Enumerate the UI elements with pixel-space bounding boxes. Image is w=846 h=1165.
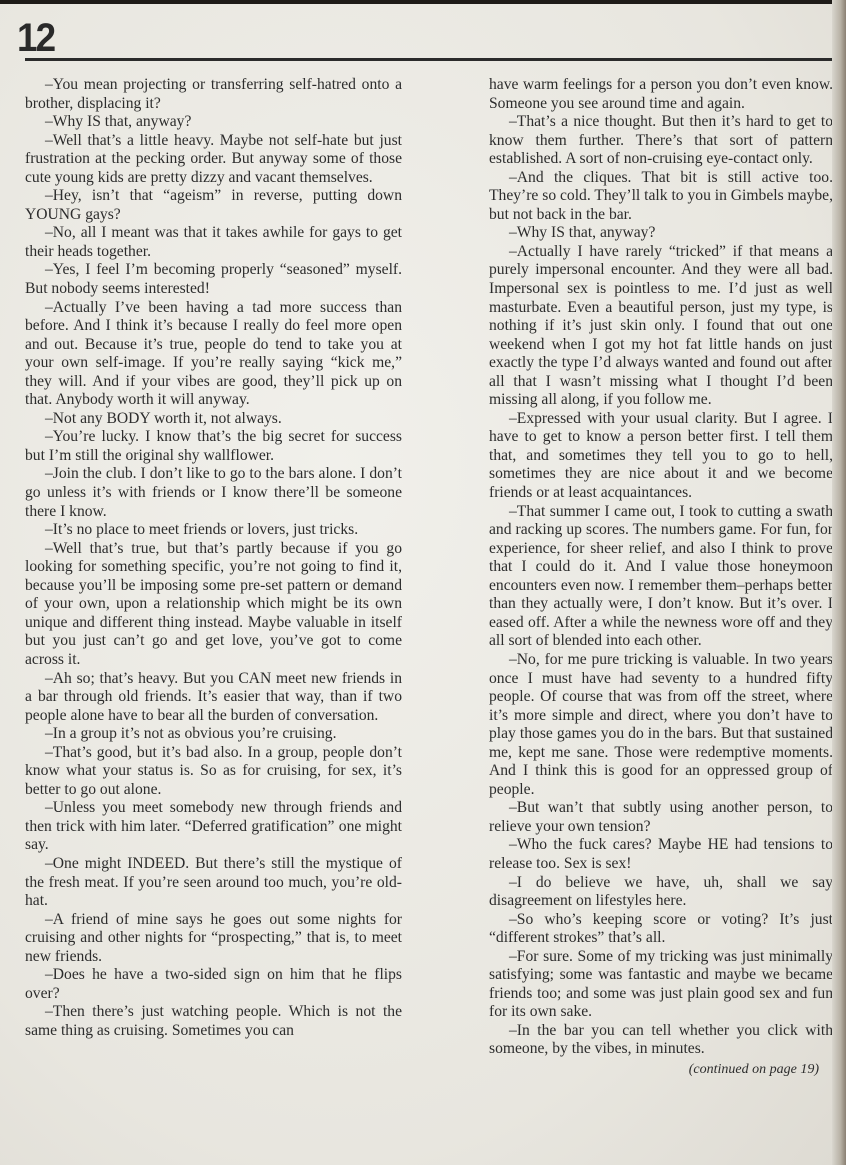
paragraph: –Then there’s just watching people. Whic…	[25, 1003, 402, 1040]
paragraph: –No, all I meant was that it takes awhil…	[25, 224, 402, 261]
paragraph: –Join the club. I don’t like to go to th…	[25, 465, 402, 521]
continued-paragraph: have warm feelings for a person you don’…	[489, 76, 833, 113]
paragraph: –Why IS that, anyway?	[489, 224, 833, 243]
paragraph: –So who’s keeping score or voting? It’s …	[489, 911, 833, 948]
paragraph: –Ah so; that’s heavy. But you CAN meet n…	[25, 670, 402, 726]
paragraph: –Yes, I feel I’m becoming properly “seas…	[25, 261, 402, 298]
page-header: 12	[17, 18, 832, 63]
paragraph: –For sure. Some of my tricking was just …	[489, 948, 833, 1022]
paragraph: –Actually I’ve been having a tad more su…	[25, 299, 402, 410]
magazine-page: 12 –You mean projecting or transferring …	[0, 4, 832, 1165]
paragraph: –Unless you meet somebody new through fr…	[25, 799, 402, 855]
paragraph: –I do believe we have, uh, shall we say …	[489, 874, 833, 911]
left-column: –You mean projecting or transferring sel…	[25, 76, 402, 1040]
paragraph: –That’s a nice thought. But then it’s ha…	[489, 113, 833, 169]
paragraph: –Not any BODY worth it, not always.	[25, 410, 402, 429]
right-column: have warm feelings for a person you don’…	[489, 76, 833, 1080]
page-number: 12	[17, 18, 54, 58]
paragraph: –A friend of mine says he goes out some …	[25, 911, 402, 967]
paragraph: –That’s good, but it’s bad also. In a gr…	[25, 744, 402, 800]
continued-on-note: (continued on page 19)	[489, 1061, 833, 1080]
paragraph: –In the bar you can tell whether you cli…	[489, 1022, 833, 1059]
paragraph: –You’re lucky. I know that’s the big sec…	[25, 428, 402, 465]
paragraph: –No, for me pure tricking is valuable. I…	[489, 651, 833, 799]
paragraph: –Does he have a two-sided sign on him th…	[25, 966, 402, 1003]
page-spine-edge	[832, 0, 846, 1165]
paragraph: –In a group it’s not as obvious you’re c…	[25, 725, 402, 744]
paragraph: –Who the fuck cares? Maybe HE had tensio…	[489, 836, 833, 873]
header-rule	[25, 58, 835, 61]
paragraph: –It’s no place to meet friends or lovers…	[25, 521, 402, 540]
paragraph: –But wan’t that subtly using another per…	[489, 799, 833, 836]
paragraph: –That summer I came out, I took to cutti…	[489, 503, 833, 651]
paragraph: –Well that’s a little heavy. Maybe not s…	[25, 132, 402, 188]
paragraph: –You mean projecting or transferring sel…	[25, 76, 402, 113]
paragraph: –Actually I have rarely “tricked” if tha…	[489, 243, 833, 410]
paragraph: –Well that’s true, but that’s partly bec…	[25, 540, 402, 670]
paragraph: –One might INDEED. But there’s still the…	[25, 855, 402, 911]
paragraph: –Hey, isn’t that “ageism” in reverse, pu…	[25, 187, 402, 224]
paragraph: –Expressed with your usual clarity. But …	[489, 410, 833, 503]
paragraph: –And the cliques. That bit is still acti…	[489, 169, 833, 225]
paragraph: –Why IS that, anyway?	[25, 113, 402, 132]
